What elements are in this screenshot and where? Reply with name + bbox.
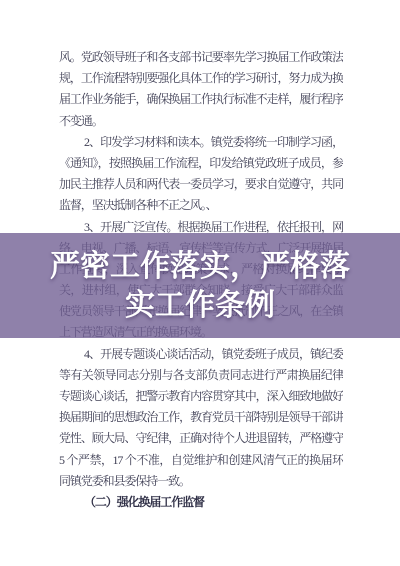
title-overlay-banner: 严密工作落实，严格落 实工作条例 [0,233,400,338]
page-title-line-1: 严密工作落实，严格落 [50,247,350,286]
document-line: 等有关领导同志分别与各支部负责同志进行严肃换届纪律 [59,365,343,386]
document-line: 同镇党委和县委保持一致。 [59,471,343,492]
document-line: 专题谈心谈话，把警示教育内容贯穿其中，深入细致地做好 [59,386,343,407]
document-line: 监督，坚决抵制各种不正之风。、 [59,195,343,216]
document-line: 不变通。 [59,111,343,132]
document-line: 换届期间的思想政治工作，教育党员干部特别是领导干部讲 [59,407,343,428]
page-title-line-2: 实工作条例 [125,286,275,325]
article-page: 风。党政领导班子和各支部书记要率先学习换届工作政策法规，工作流程特别要强化具体工… [0,0,400,566]
document-line: 5 个严禁，17 个不准，自觉维护和创建风清气正的换届环境。 [59,450,343,471]
document-line: 党性、顾大局、守纪律，正确对待个人进退留转，严格遵守 [59,428,343,449]
document-line: 2、印发学习材料和读本。镇党委将统一印制学习函， [59,132,343,153]
document-line: 届工作业务能手，确保换届工作执行标准不走样，履行程序 [59,89,343,110]
document-line: 加民主推荐人员和两代表一委员学习，要求自觉遵守，共同 [59,174,343,195]
document-section-heading: （二）强化换届工作监督 [59,492,343,513]
document-line: 风。党政领导班子和各支部书记要率先学习换届工作政策法 [59,47,343,68]
document-line: 《通知》，按照换届工作流程，印发给镇党政班子成员，参 [59,153,343,174]
document-line: 4、开展专题谈心谈话活动，镇党委班子成员，镇纪委 [59,344,343,365]
document-line: 规，工作流程特别要强化具体工作的学习研讨，努力成为换 [59,68,343,89]
